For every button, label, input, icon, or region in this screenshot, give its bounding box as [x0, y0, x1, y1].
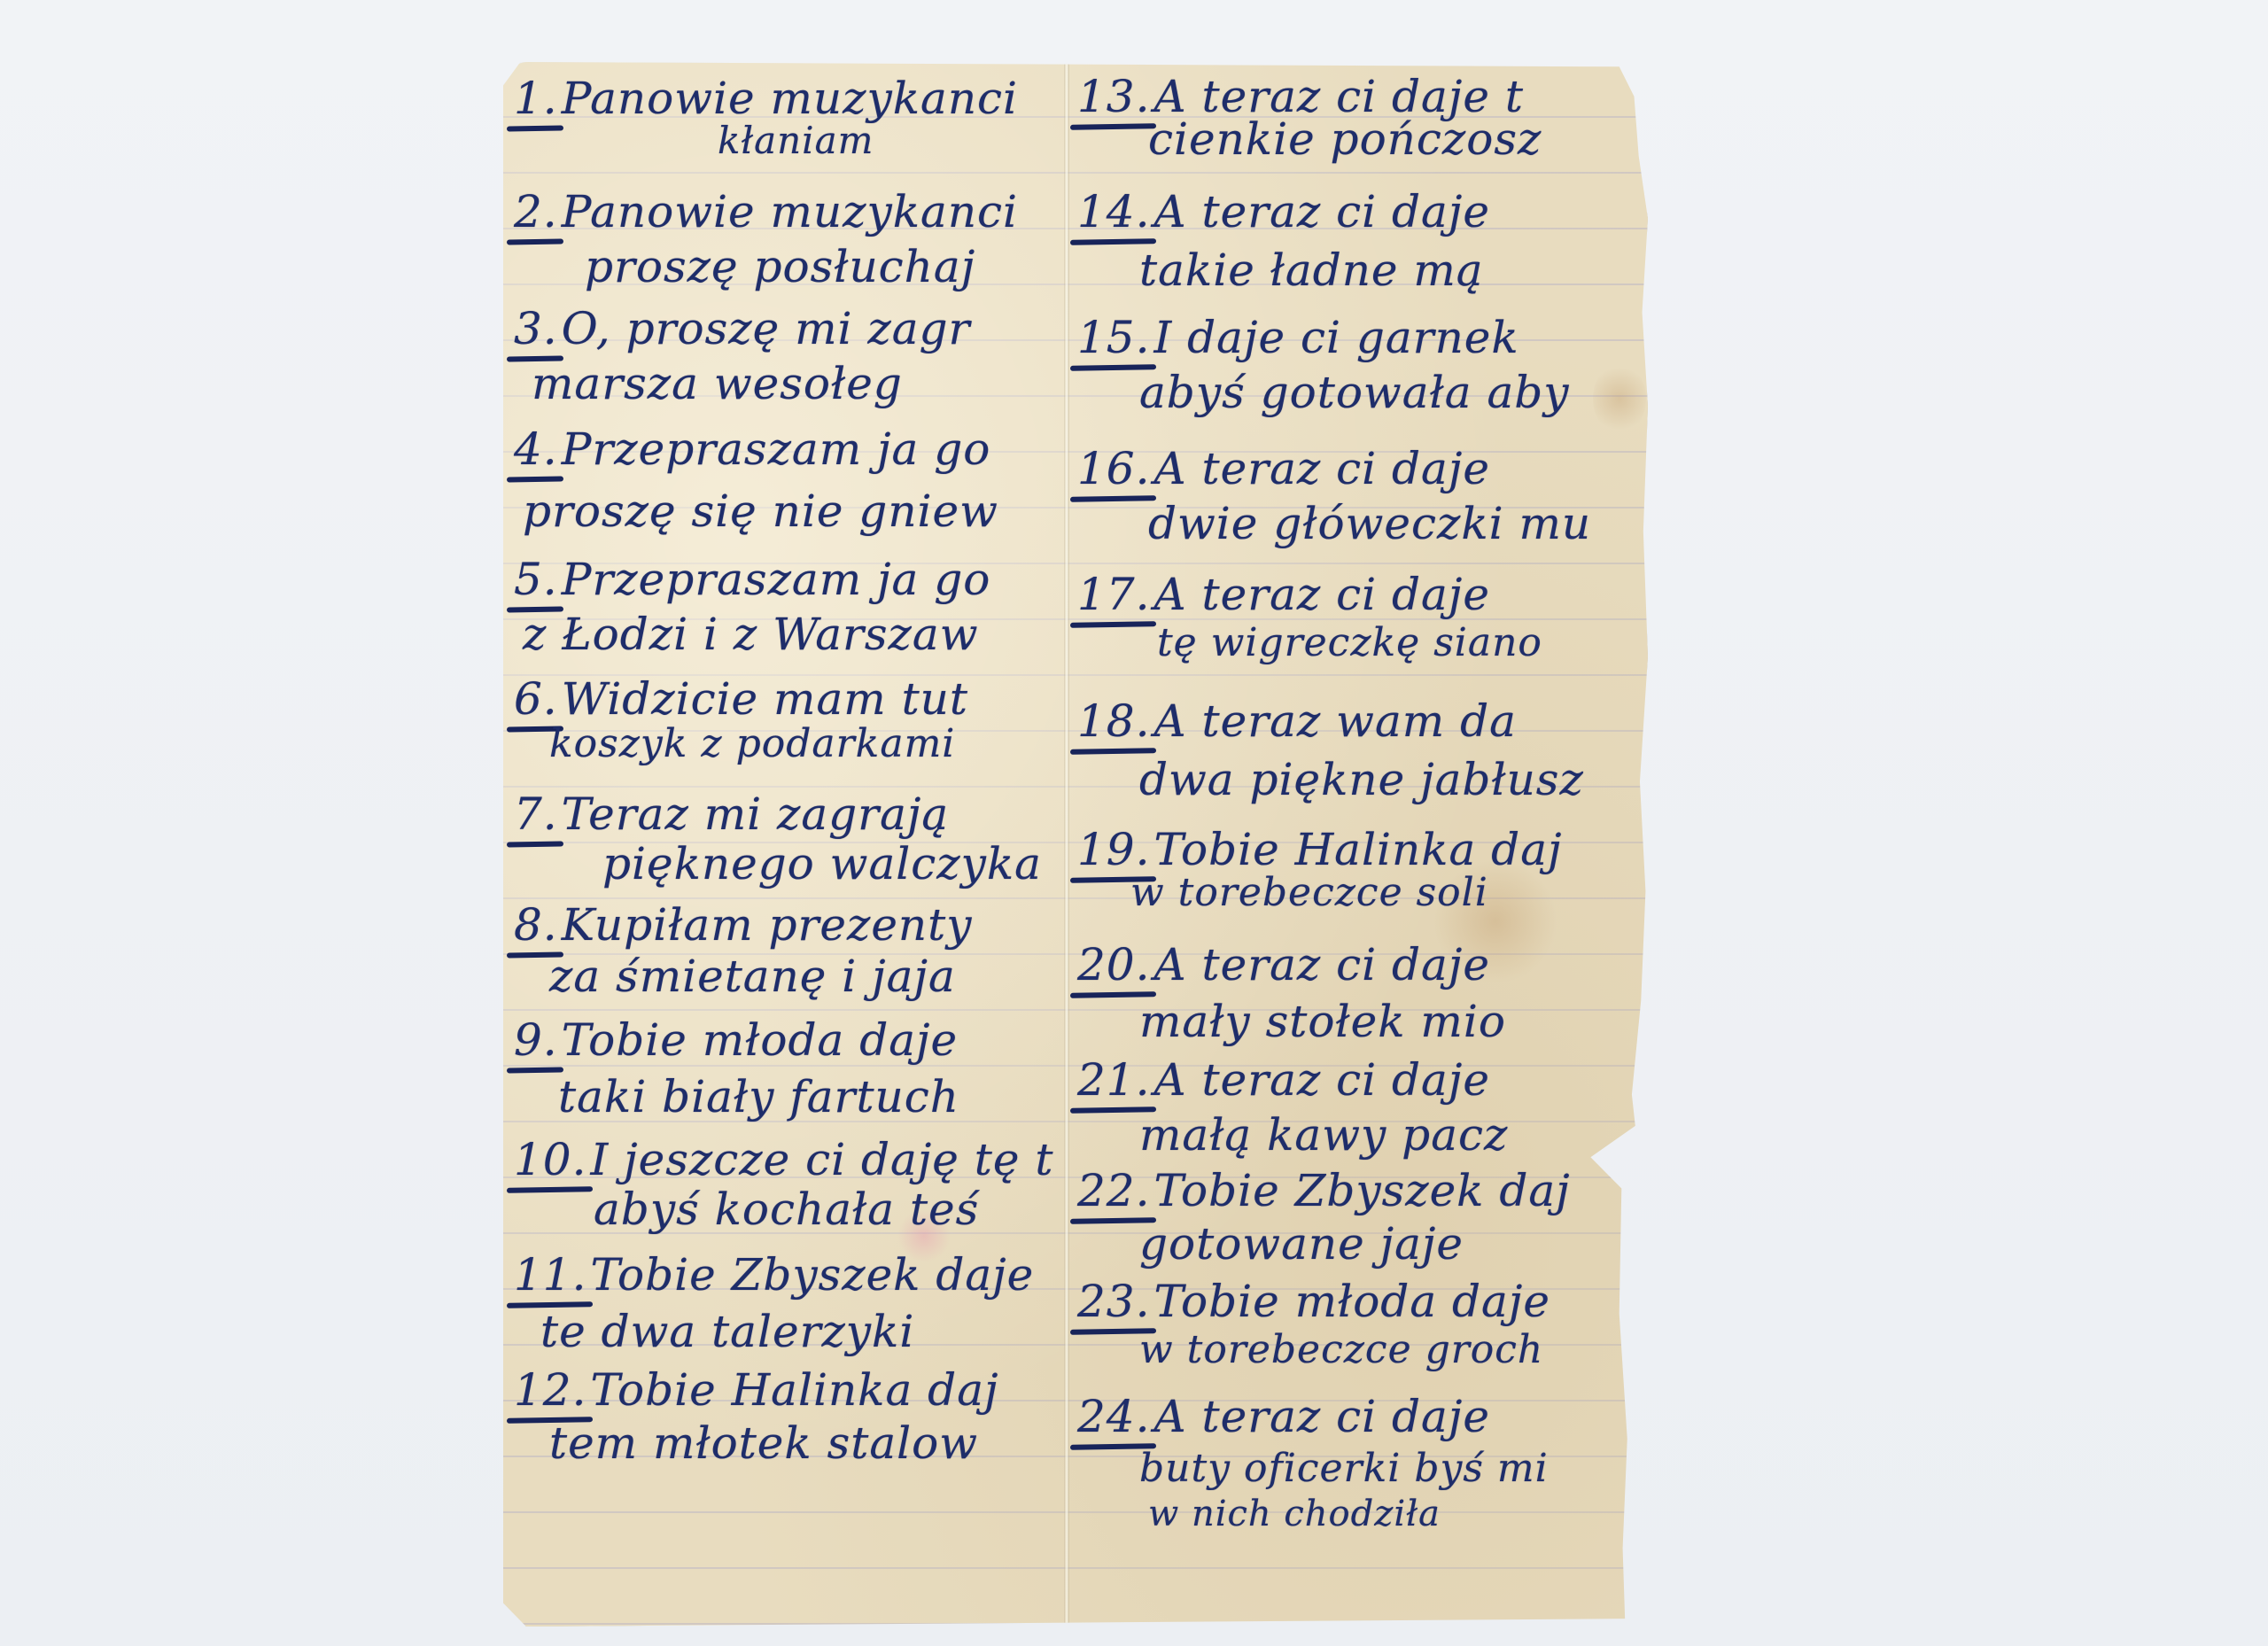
verse-text: gotowane jaje — [1139, 1218, 1464, 1269]
verse-text: Panowie muzykanci — [562, 73, 1018, 124]
verse-number: 3. — [514, 303, 558, 354]
verse-number: 19. — [1077, 824, 1151, 875]
verse-text: koszyk z podarkami — [549, 721, 955, 766]
verse-text: tem młotek stalow — [549, 1417, 978, 1469]
verse-text: Tobie Halinka daj — [591, 1364, 999, 1416]
verse-text: A teraz ci daje — [1154, 569, 1490, 620]
verse-text: A teraz ci daje — [1154, 443, 1490, 494]
verse-text: Tobie młoda daje — [1154, 1276, 1550, 1327]
right-column: 13.A teraz ci daje t cienkie pończosz 14… — [1077, 62, 1644, 1627]
verse-text: z Łodzi i z Warszaw — [523, 609, 979, 660]
verse-number: 13. — [1077, 71, 1151, 122]
verse-number: 9. — [514, 1014, 558, 1066]
page-fold — [1064, 62, 1069, 1627]
verse-text: mały stołek mio — [1139, 996, 1506, 1047]
verse-text: małą kawy pacz — [1139, 1109, 1508, 1161]
verse-text: te dwa talerzyki — [540, 1306, 914, 1357]
verse-number: 18. — [1077, 695, 1151, 747]
verse-number: 17. — [1077, 569, 1151, 620]
verse-text: Tobie Halinka daj — [1154, 824, 1563, 875]
verse-number: 11. — [514, 1249, 587, 1300]
verse-text: w nich chodziła — [1148, 1494, 1441, 1534]
verse-text: w torebeczce groch — [1139, 1327, 1543, 1372]
verse-text: I daje ci garnek — [1154, 312, 1519, 363]
verse-number: 24. — [1077, 1391, 1151, 1442]
verse-text: A teraz ci daje — [1154, 186, 1490, 237]
verse-number: 23. — [1077, 1276, 1151, 1327]
verse-text: marsza wesołeg — [532, 358, 903, 409]
verse-text: taki biały fartuch — [558, 1071, 959, 1122]
verse-text: Teraz mi zagrają — [562, 788, 949, 840]
verse-number: 5. — [514, 554, 558, 605]
verse-text: Kupiłam prezenty — [562, 899, 973, 951]
left-column: 1.Panowie muzykanci kłaniam 2.Panowie mu… — [514, 62, 1061, 1627]
verse-text: A teraz ci daje — [1154, 1054, 1490, 1106]
verse-number: 21. — [1077, 1054, 1151, 1106]
verse-number: 2. — [514, 186, 558, 237]
verse-text: buty oficerki byś mi — [1139, 1446, 1549, 1491]
verse-number: 7. — [514, 788, 558, 840]
verse-text: dwa piękne jabłusz — [1139, 754, 1584, 805]
verse-text: pięknego walczyka — [602, 838, 1042, 889]
verse-text: I jeszcze ci daję tę t — [591, 1134, 1054, 1185]
verse-text: Tobie Zbyszek daj — [1154, 1165, 1571, 1216]
verse-text: Panowie muzykanci — [562, 186, 1018, 237]
verse-text: tę wigreczkę siano — [1157, 620, 1542, 665]
verse-number: 22. — [1077, 1165, 1151, 1216]
verse-text: Przepraszam ja go — [562, 554, 991, 605]
verse-number: 15. — [1077, 312, 1151, 363]
verse-text: dwie główeczki mu — [1148, 498, 1591, 549]
verse-text: za śmietanę i jaja — [549, 951, 956, 1002]
verse-text: Przepraszam ja go — [562, 423, 991, 475]
verse-number: 14. — [1077, 186, 1151, 237]
verse-text: w torebeczce soli — [1130, 870, 1488, 915]
verse-text: kłaniam — [718, 119, 874, 162]
verse-number: 16. — [1077, 443, 1151, 494]
verse-text: Widzicie mam tut — [562, 673, 968, 725]
verse-text: O, proszę mi zagr — [562, 303, 971, 354]
verse-number: 8. — [514, 899, 558, 951]
verse-number: 4. — [514, 423, 558, 475]
notebook-page: 1.Panowie muzykanci kłaniam 2.Panowie mu… — [503, 62, 1648, 1627]
verse-number: 20. — [1077, 939, 1151, 990]
verse-text: A teraz ci daje — [1154, 939, 1490, 990]
verse-text: proszę posłuchaj — [585, 241, 975, 292]
verse-text: abyś kochała teś — [594, 1184, 979, 1235]
verse-text: A teraz wam da — [1154, 695, 1517, 747]
verse-text: Tobie Zbyszek daje — [591, 1249, 1035, 1300]
verse-number: 6. — [514, 673, 558, 725]
verse-text: cienkie pończosz — [1148, 113, 1542, 165]
verse-number: 1. — [514, 73, 558, 124]
verse-text: proszę się nie gniew — [523, 485, 998, 537]
verse-text: Tobie młoda daje — [562, 1014, 958, 1066]
verse-text: abyś gotowała aby — [1139, 367, 1570, 418]
verse-number: 10. — [514, 1134, 587, 1185]
verse-number: 12. — [514, 1364, 587, 1416]
verse-text: takie ładne mą — [1139, 245, 1484, 296]
verse-text: A teraz ci daje — [1154, 1391, 1490, 1442]
